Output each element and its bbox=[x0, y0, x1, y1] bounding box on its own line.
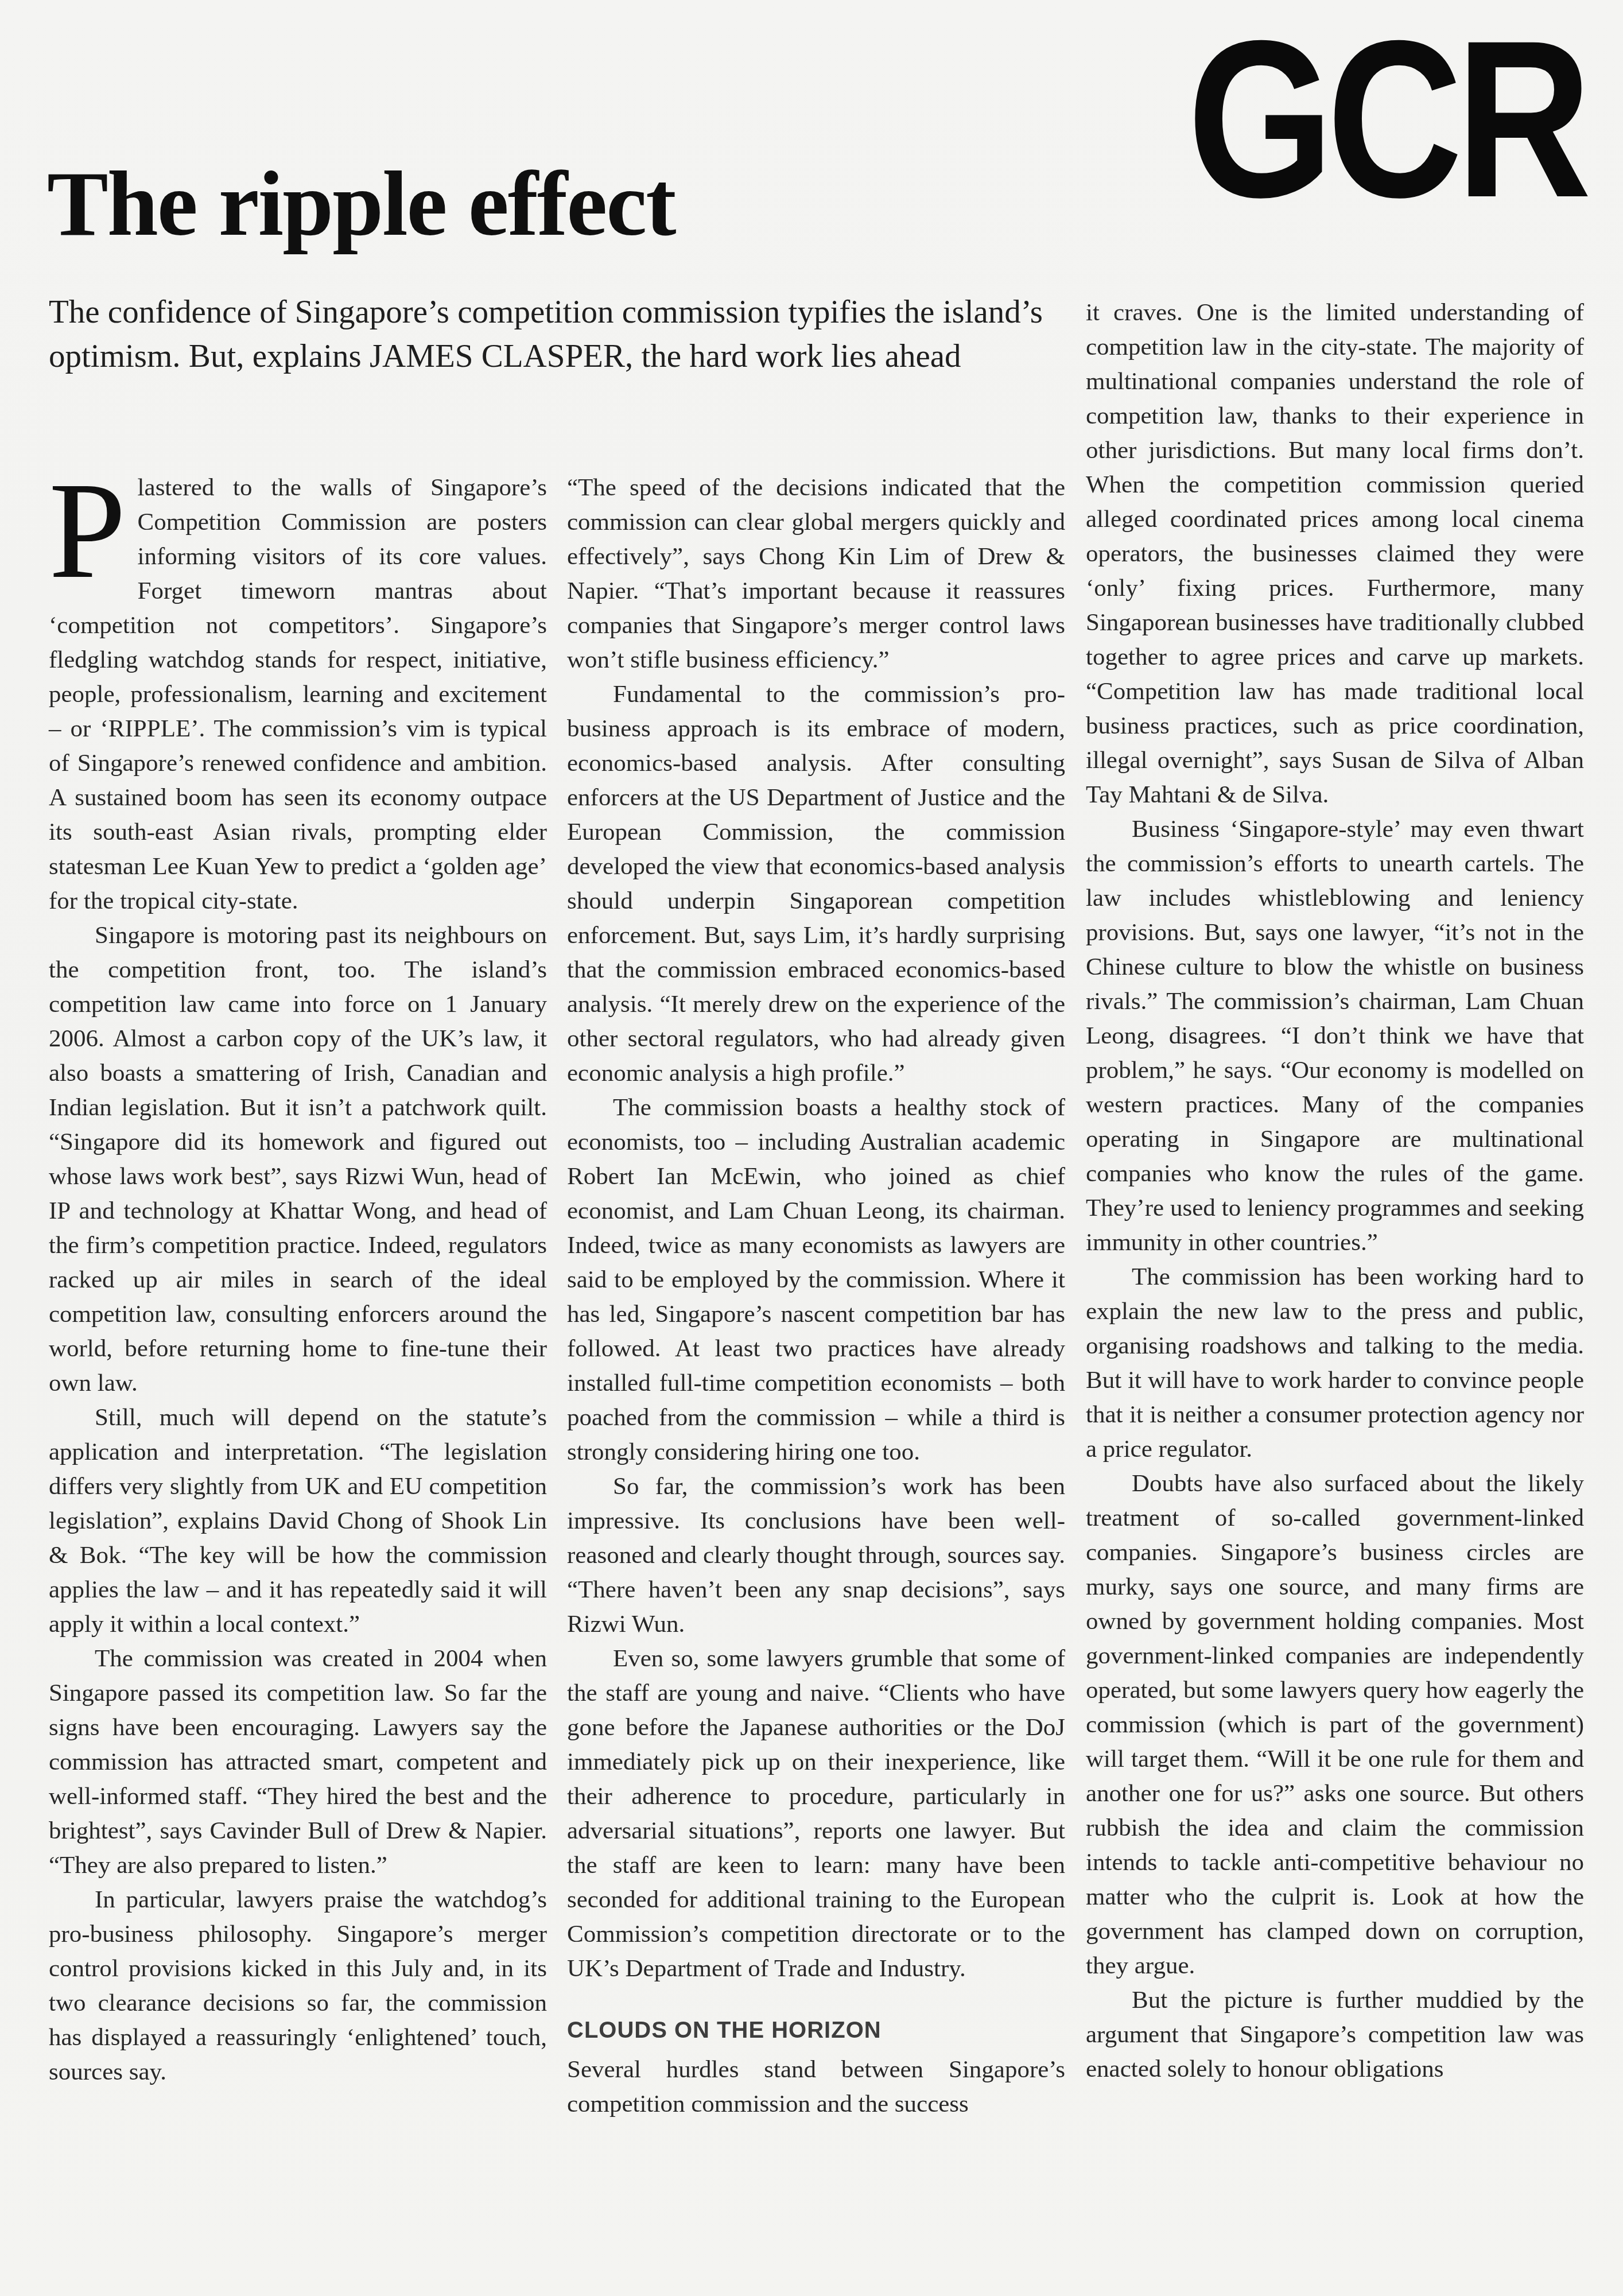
column-1: Plastered to the walls of Singapore’s Co… bbox=[49, 471, 547, 2089]
body-paragraph: The commission boasts a healthy stock of… bbox=[567, 1091, 1065, 1469]
body-paragraph: Even so, some lawyers grumble that some … bbox=[567, 1642, 1065, 1986]
body-paragraph: In particular, lawyers praise the watchd… bbox=[49, 1883, 547, 2089]
body-paragraph: The commission was created in 2004 when … bbox=[49, 1642, 547, 1883]
standfirst: The confidence of Singapore’s competitio… bbox=[49, 290, 1050, 378]
body-paragraph: Still, much will depend on the statute’s… bbox=[49, 1401, 547, 1642]
drop-cap: P bbox=[49, 471, 138, 584]
body-paragraph: Doubts have also surfaced about the like… bbox=[1086, 1467, 1584, 1983]
body-paragraph: Business ‘Singapore-style’ may even thwa… bbox=[1086, 812, 1584, 1260]
body-paragraph: it craves. One is the limited understand… bbox=[1086, 296, 1584, 812]
article-page: The ripple effect GCR The confidence of … bbox=[0, 0, 1623, 2296]
article-title: The ripple effect bbox=[47, 158, 675, 250]
section-heading-clouds-on-the-horizon: CLOUDS ON THE HORIZON bbox=[567, 2017, 1065, 2043]
gcr-logo: GCR bbox=[1187, 28, 1585, 211]
body-paragraph: “The speed of the decisions indicated th… bbox=[567, 471, 1065, 677]
body-paragraph: Fundamental to the commission’s pro-busi… bbox=[567, 677, 1065, 1091]
body-paragraph: But the picture is further muddied by th… bbox=[1086, 1983, 1584, 2086]
body-paragraph: So far, the commission’s work has been i… bbox=[567, 1469, 1065, 1642]
column-3: it craves. One is the limited understand… bbox=[1086, 296, 1584, 2086]
body-paragraph: The commission has been working hard to … bbox=[1086, 1260, 1584, 1467]
body-paragraph: Plastered to the walls of Singapore’s Co… bbox=[49, 471, 547, 918]
column-2: “The speed of the decisions indicated th… bbox=[567, 471, 1065, 2122]
body-paragraph: Several hurdles stand between Singapore’… bbox=[567, 2053, 1065, 2122]
body-paragraph: Singapore is motoring past its neighbour… bbox=[49, 918, 547, 1401]
